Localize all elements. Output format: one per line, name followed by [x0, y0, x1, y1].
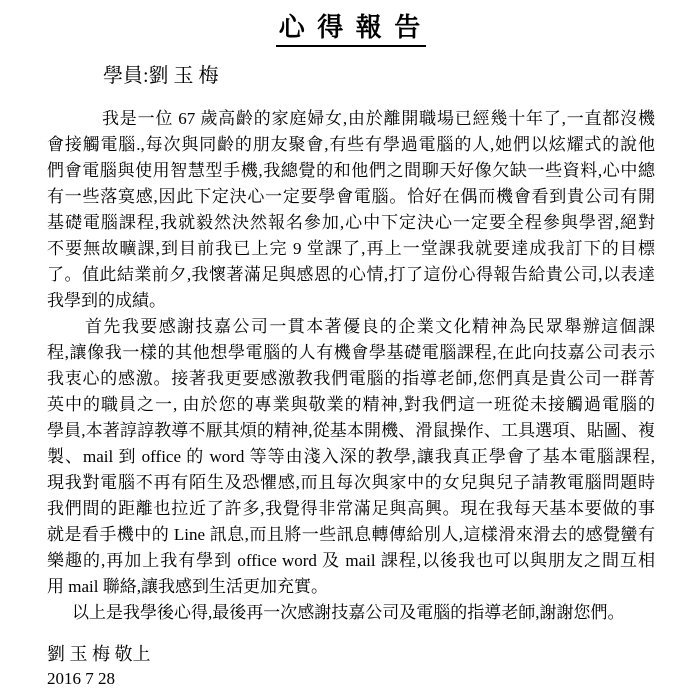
body-line: 會接觸電腦.,每次與同齡的朋友聚會,有些有學過電腦的人,她們以炫耀式的說他 [47, 132, 655, 158]
body-line: 我衷心的感激。接著我更要感激教我們電腦的指導老師,您們真是貴公司一群菁 [47, 366, 655, 392]
body-line: 英中的職員之一, 由於您的專業與敬業的精神,對我們這一班從未接觸過電腦的 [47, 392, 655, 418]
body-line: 以上是我學後心得,最後再一次感謝技嘉公司及電腦的指導老師,謝謝您們。 [47, 600, 655, 626]
body-line: 不要無故曠課,到目前我已上完 9 堂課了,再上一堂課我就要達成我訂下的目標 [47, 236, 655, 262]
body-line: 製、mail 到 office 的 word 等等由淺入深的教學,讓我真正學會了… [47, 444, 655, 470]
body-line: 們會電腦與使用智慧型手機,我總覺的和他們之間聊天好像欠缺一些資料,心中總 [47, 158, 655, 184]
signature-line: 劉 玉 梅 敬上 [47, 642, 655, 666]
page-title: 心 得 報 告 [276, 12, 427, 47]
body-line: 學員,本著諄諄教導不厭其煩的精神,從基本開機、滑鼠操作、工具選項、貼圖、複 [47, 418, 655, 444]
body-line: 首先我要感謝技嘉公司一貫本著優良的企業文化精神為民眾舉辦這個課 [47, 314, 655, 340]
body-line: 現我對電腦不再有陌生及恐懼感,而且每次與家中的女兒與兒子請教電腦問題時 [47, 470, 655, 496]
title-row: 心 得 報 告 [47, 12, 655, 44]
report-page: 心 得 報 告 學員:劉 玉 梅 我是一位 67 歲高齡的家庭婦女,由於離開職場… [0, 0, 700, 700]
body-line: 有一些落寞感,因此下定決心一定要學會電腦。恰好在偶而機會看到貴公司有開 [47, 184, 655, 210]
body-line: 樂趣的,再加上我有學到 office word 及 mail 課程,以後我也可以… [47, 548, 655, 574]
body-line: 就是看手機中的 Line 訊息,而且將一些訊息轉傳給別人,這樣滑來滑去的感覺蠻有 [47, 522, 655, 548]
body-line: 我們間的距離也拉近了許多,我覺得非常滿足與高興。現在我每天基本要做的事 [47, 496, 655, 522]
report-body: 我是一位 67 歲高齡的家庭婦女,由於離開職場已經幾十年了,一直都沒機 會接觸電… [47, 106, 655, 626]
date-line: 2016 7 28 [47, 667, 655, 691]
student-name-line: 學員:劉 玉 梅 [47, 64, 655, 88]
body-line: 我學到的成績。 [47, 288, 655, 314]
body-line: 了。值此結業前夕,我懷著滿足與感恩的心情,打了這份心得報告給貴公司,以表達 [47, 262, 655, 288]
body-line: 程,讓像我一樣的其他想學電腦的人有機會學基礎電腦課程,在此向技嘉公司表示 [47, 340, 655, 366]
body-line: 基礎電腦課程,我就毅然決然報名參加,心中下定決心一定要全程參與學習,絕對 [47, 210, 655, 236]
body-line: 我是一位 67 歲高齡的家庭婦女,由於離開職場已經幾十年了,一直都沒機 [47, 106, 655, 132]
body-line: 用 mail 聯絡,讓我感到生活更加充實。 [47, 574, 655, 600]
